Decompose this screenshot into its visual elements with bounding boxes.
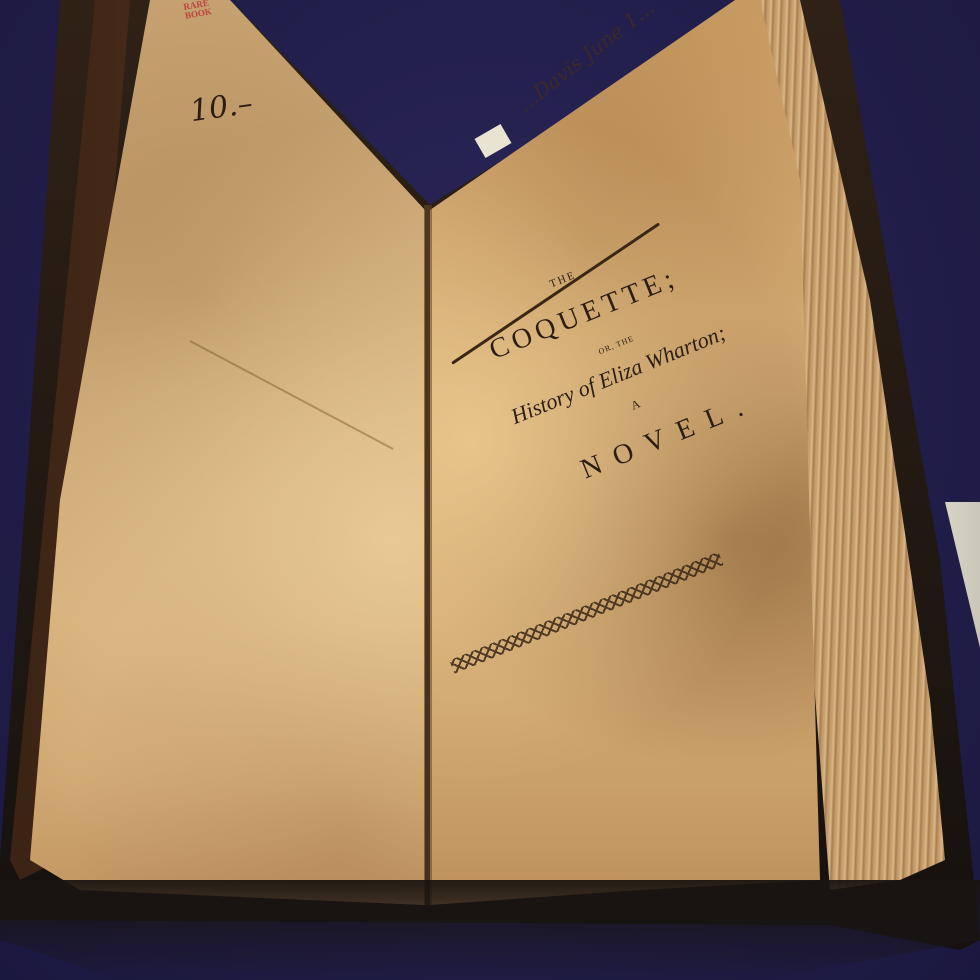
- book-bottom-shadow: [0, 880, 980, 980]
- book-gutter: [424, 205, 432, 905]
- rare-book-stamp: RARE BOOK: [183, 0, 219, 31]
